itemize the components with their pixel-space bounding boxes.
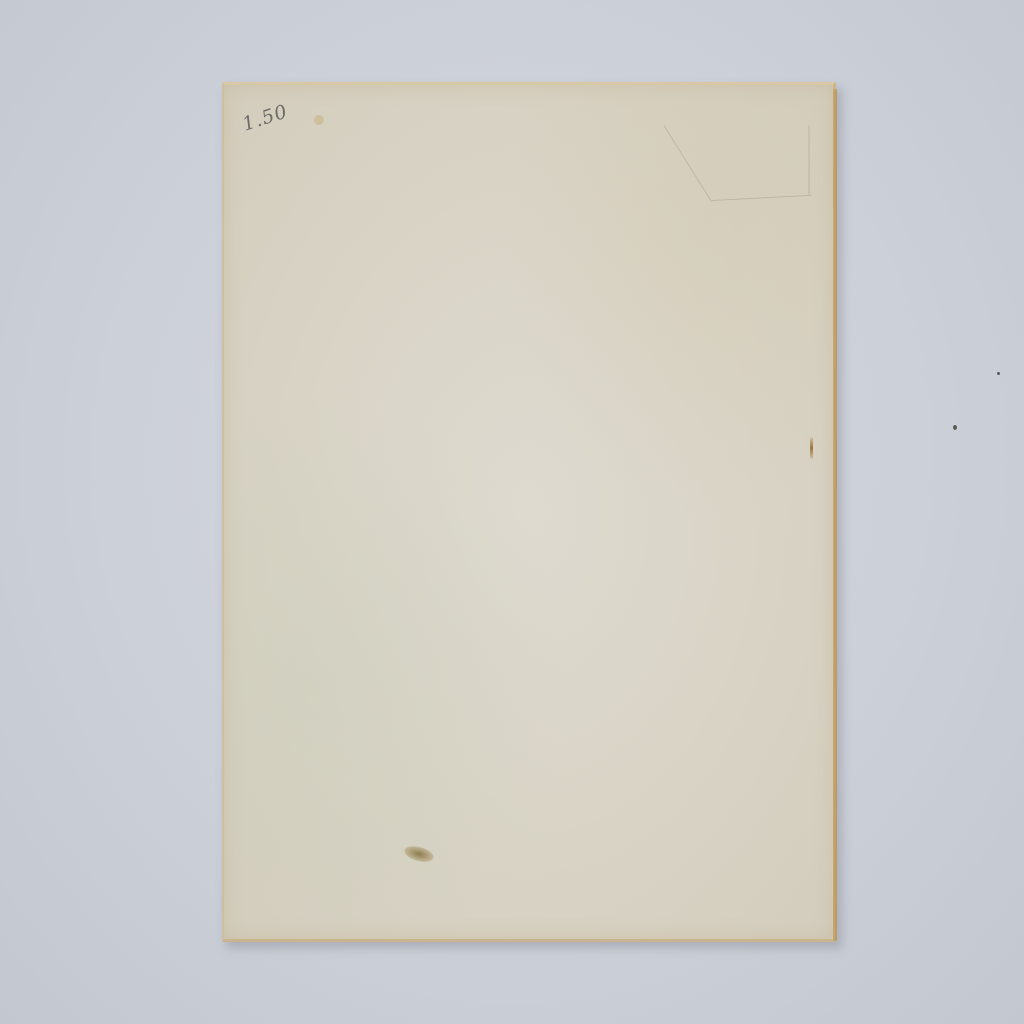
cover-stain (314, 115, 324, 125)
surface-speck (953, 425, 957, 430)
edge-nick (810, 437, 813, 459)
surface-speck (997, 372, 1000, 375)
cover-crease (809, 126, 810, 196)
book-page-edge (833, 89, 837, 941)
book-back-cover: 1.50 (222, 82, 836, 942)
cover-stain (403, 843, 436, 864)
cover-crease (664, 125, 713, 202)
cover-crease (712, 195, 812, 201)
handwritten-price-mark: 1.50 (240, 100, 291, 135)
